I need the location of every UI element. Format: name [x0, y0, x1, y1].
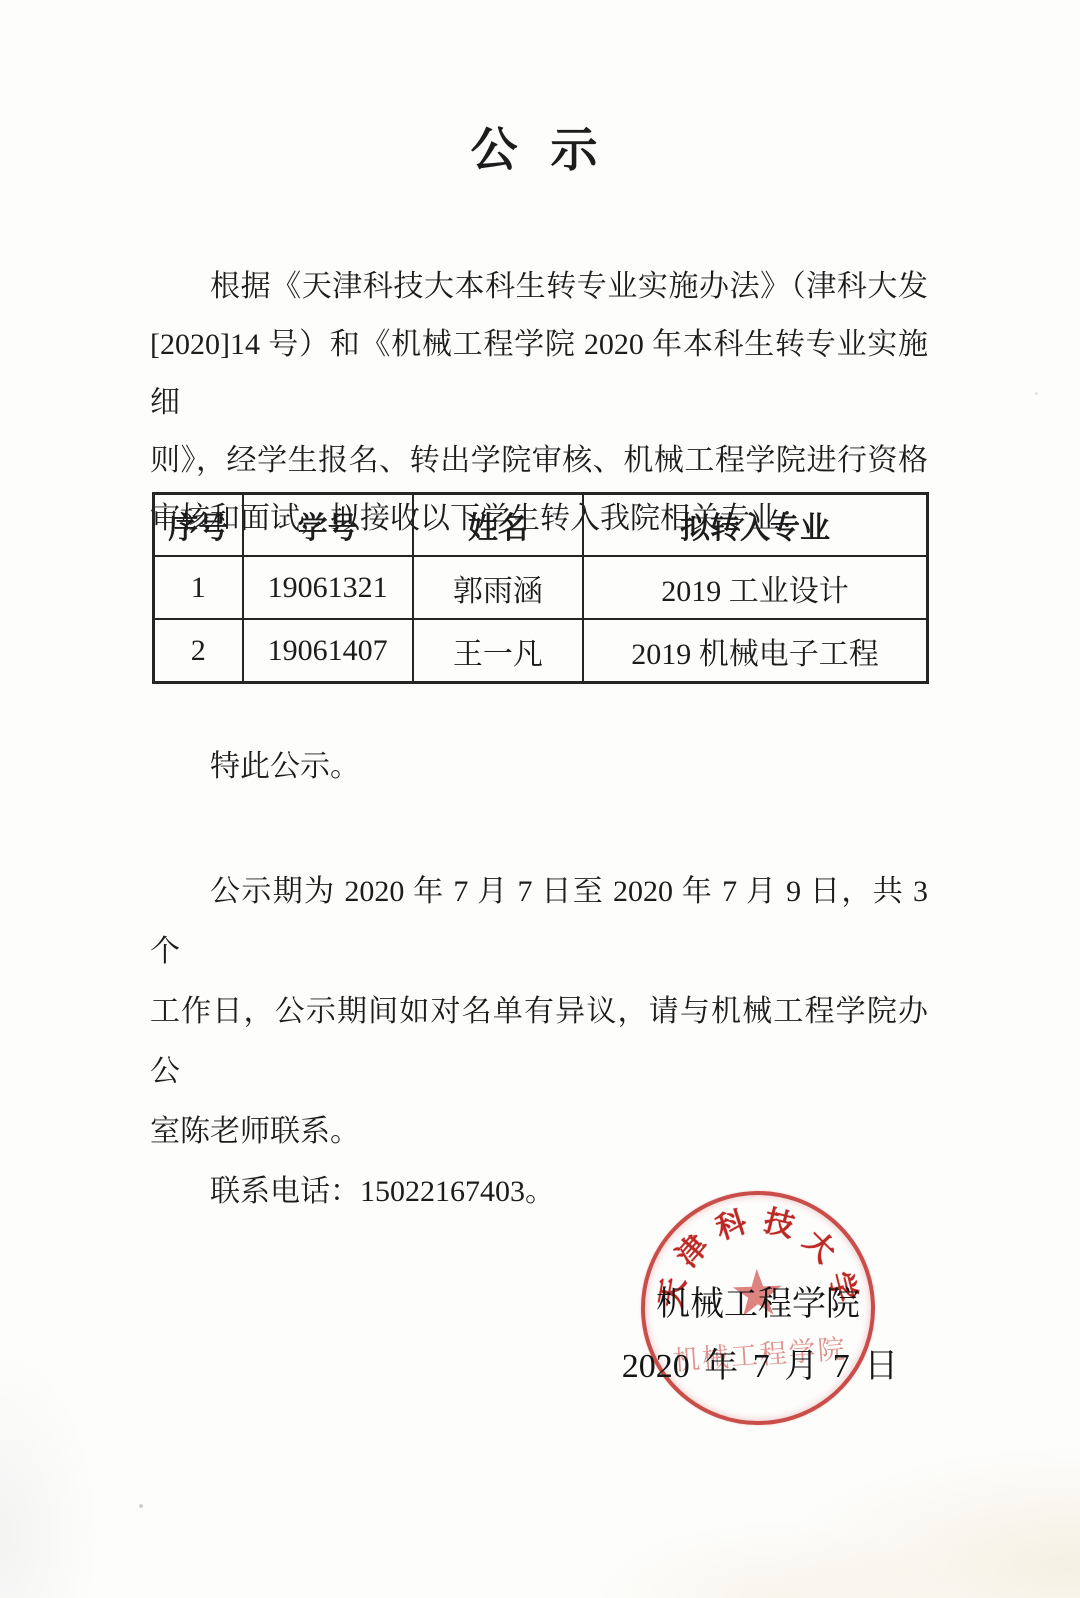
scan-speck: [1035, 392, 1038, 395]
transfer-student-table: 序号 学号 姓名 拟转入专业 1 19061321 郭雨涵 2019 工业设计 …: [152, 492, 929, 684]
cell-name: 郭雨涵: [413, 556, 583, 619]
col-header-index: 序号: [154, 494, 243, 557]
cell-target-major: 2019 机械电子工程: [583, 619, 927, 683]
period-line-1: 公示期为 2020 年 7 月 7 日至 2020 年 7 月 9 日，共 3 …: [150, 862, 928, 982]
col-header-name: 姓名: [413, 494, 583, 557]
seal-arc-char: 大: [796, 1225, 841, 1270]
col-header-target-major: 拟转入专业: [583, 494, 927, 557]
cell-name: 王一凡: [413, 619, 583, 683]
table-header-row: 序号 学号 姓名 拟转入专业: [154, 494, 928, 557]
intro-line-1: 根据《天津科技大本科生转专业实施办法》（津科大发: [150, 258, 928, 316]
notice-period-paragraph: 公示期为 2020 年 7 月 7 日至 2020 年 7 月 9 日，共 3 …: [150, 862, 928, 1222]
announcement-document: 公 示 根据《天津科技大本科生转专业实施办法》（津科大发 [2020]14 号）…: [0, 0, 1080, 1598]
scan-speck: [139, 1504, 143, 1508]
intro-line-2: [2020]14 号）和《机械工程学院 2020 年本科生转专业实施细: [150, 316, 928, 432]
cell-target-major: 2019 工业设计: [583, 556, 927, 619]
seal-arc-char: 津: [671, 1229, 716, 1274]
period-line-2: 工作日，公示期间如对名单有异议，请与机械工程学院办公: [150, 982, 928, 1102]
seal-arc-char: 技: [759, 1205, 798, 1244]
signature-organization: 机械工程学院: [630, 1285, 886, 1325]
cell-student-id: 19061321: [243, 556, 413, 619]
intro-line-3: 则》，经学生报名、转出学院审核、机械工程学院进行资格: [150, 432, 928, 490]
col-header-student-id: 学号: [243, 494, 413, 557]
cell-index: 1: [154, 556, 243, 619]
period-line-3: 室陈老师联系。: [150, 1102, 928, 1162]
cell-index: 2: [154, 619, 243, 683]
table-row: 2 19061407 王一凡 2019 机械电子工程: [154, 619, 928, 683]
closing-statement: 特此公示。: [150, 738, 928, 796]
page-title: 公 示: [0, 120, 1070, 180]
signature-date: 2020 年 7 月 7 日: [612, 1347, 908, 1387]
seal-arc-char: 科: [711, 1206, 751, 1246]
table-row: 1 19061321 郭雨涵 2019 工业设计: [154, 556, 928, 619]
cell-student-id: 19061407: [243, 619, 413, 683]
